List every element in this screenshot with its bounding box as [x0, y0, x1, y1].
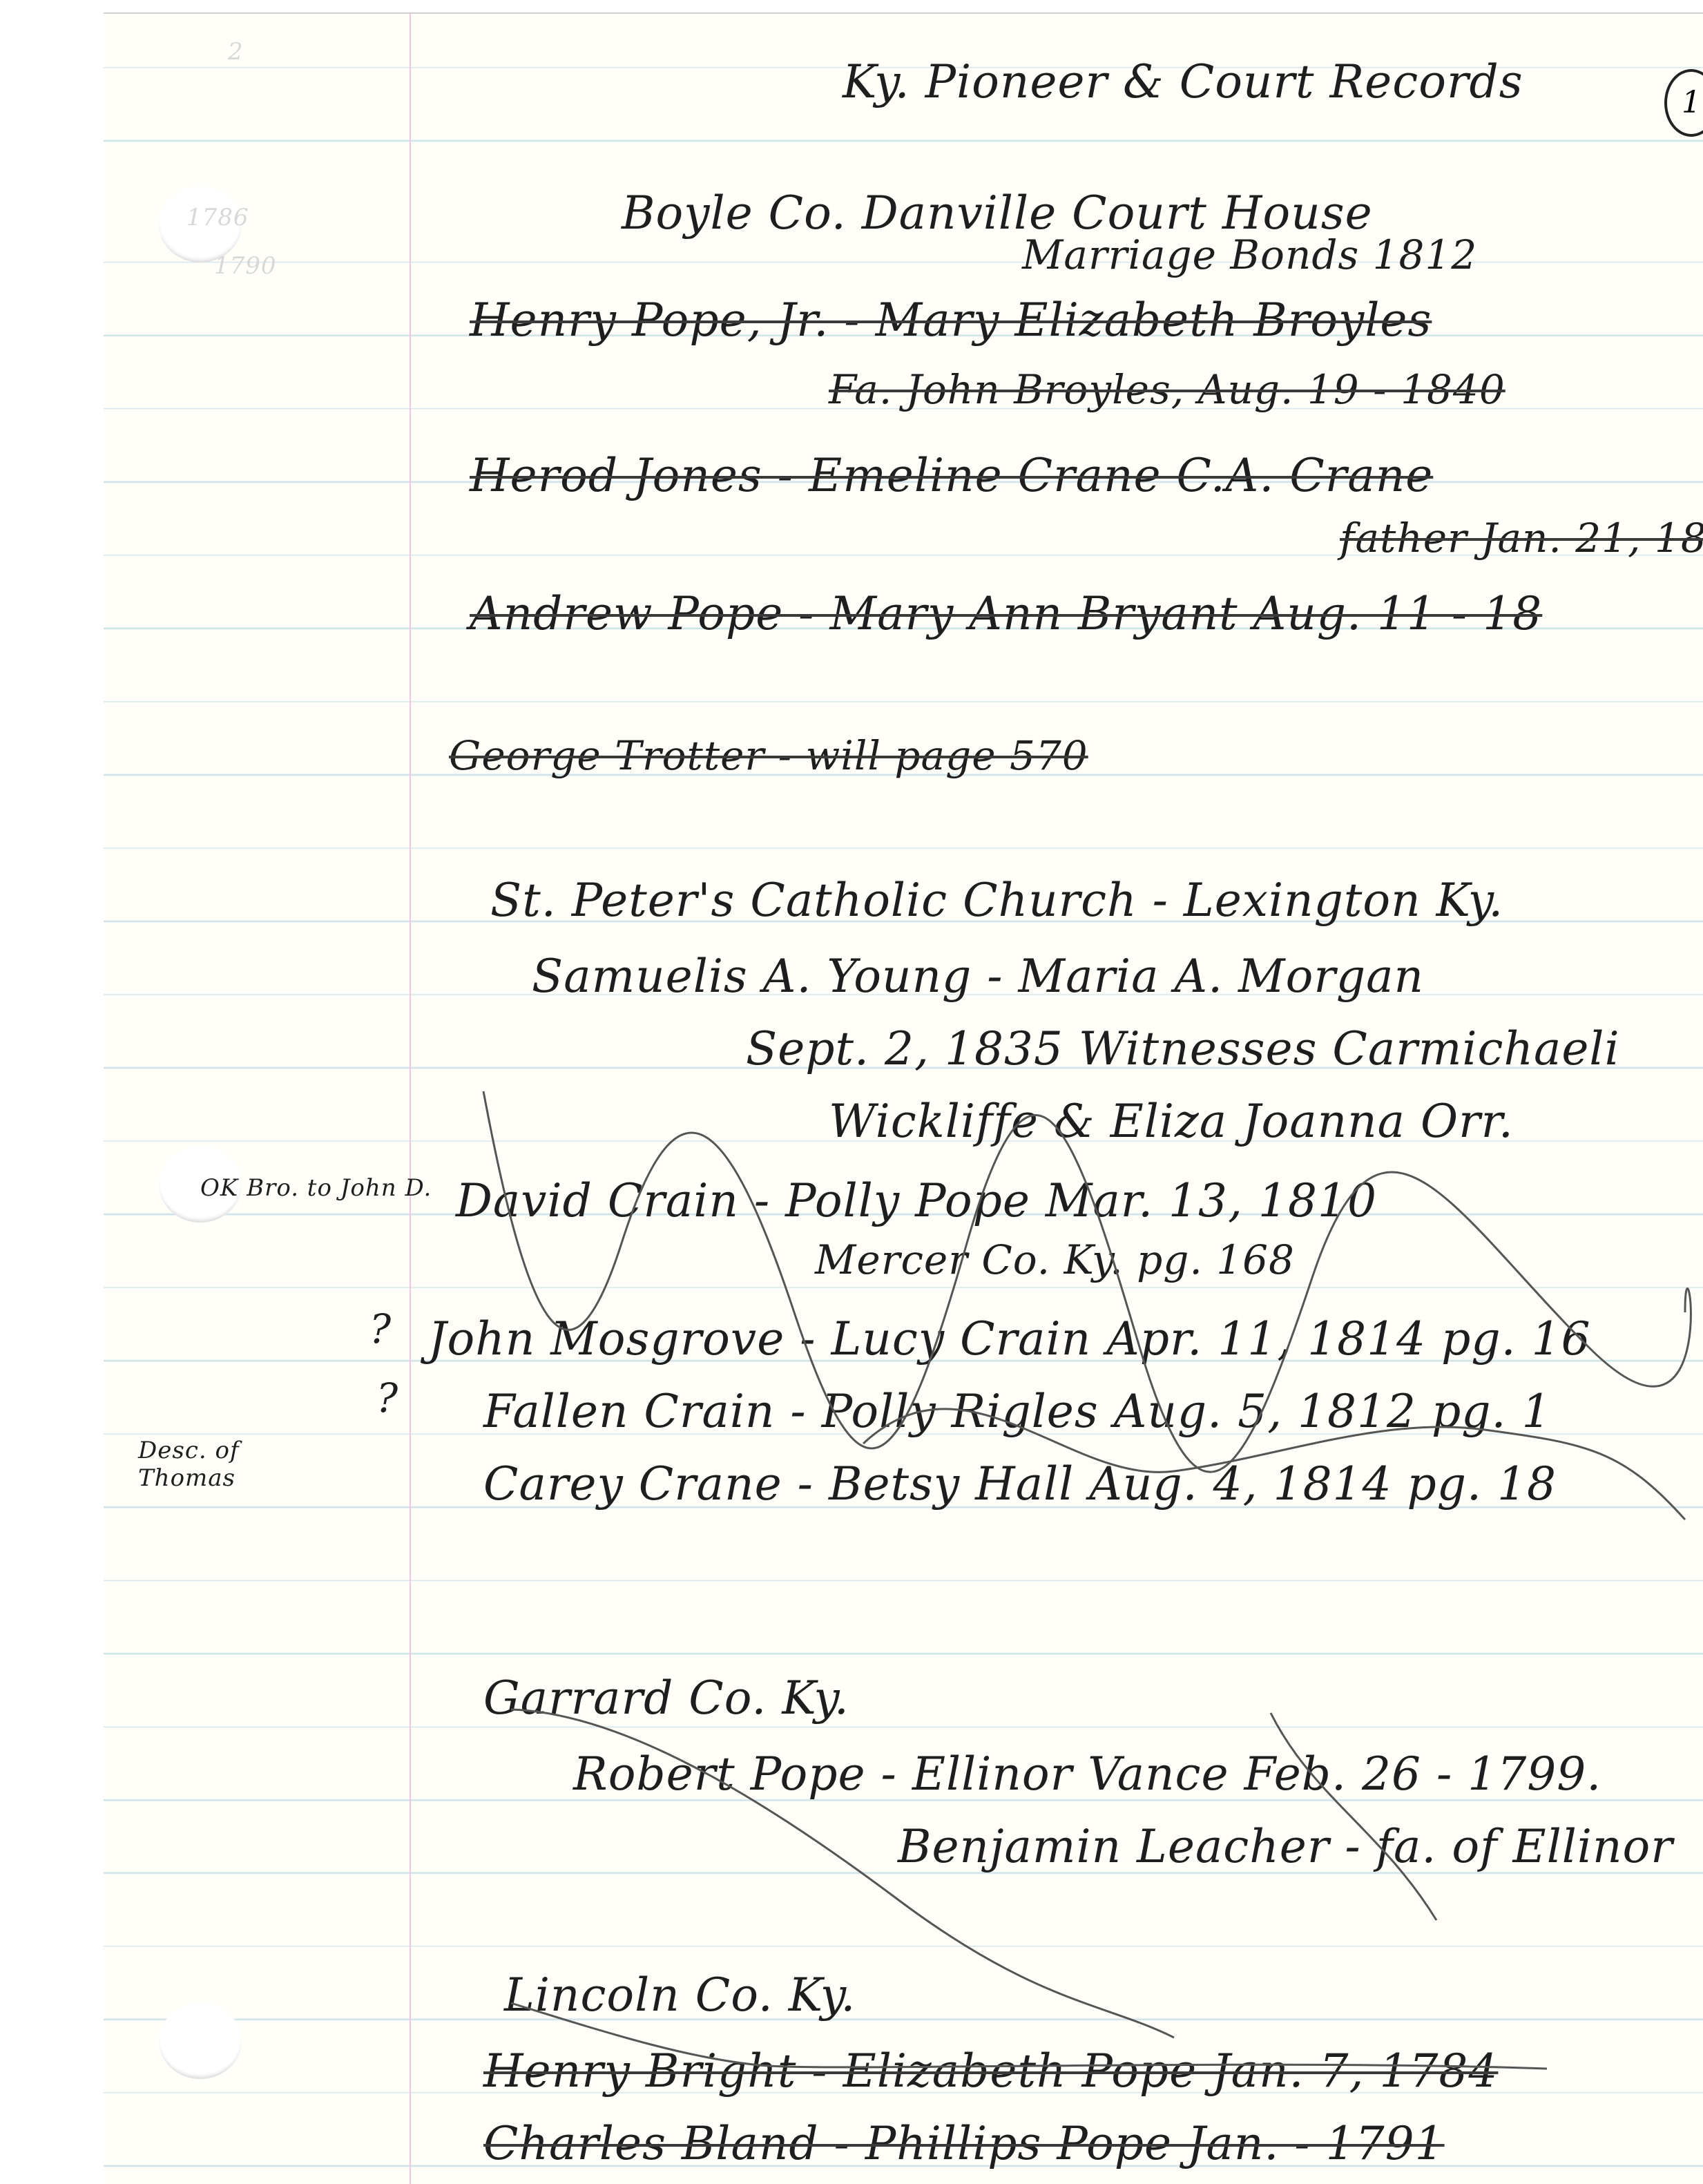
ghost-page-number: 2 [228, 38, 244, 66]
record-entry: Wickliffe & Eliza Joanna Orr. [829, 1095, 1514, 1148]
section-subheading: Marriage Bonds 1812 [1022, 231, 1477, 278]
punch-hole-icon [159, 2003, 242, 2079]
record-entry: father Jan. 21, 18 [1340, 515, 1703, 562]
margin-note: OK Bro. to John D. [200, 1174, 432, 1202]
record-entry: Fa. John Broyles, Aug. 19 - 1840 [829, 366, 1505, 413]
ghost-text: 1790 [214, 252, 277, 280]
section-heading: Garrard Co. Ky. [483, 1671, 849, 1725]
record-entry: Sept. 2, 1835 Witnesses Carmichaeli [746, 1022, 1620, 1075]
record-entry: Andrew Pope - Mary Ann Bryant Aug. 11 - … [470, 587, 1542, 640]
record-entry: David Crain - Polly Pope Mar. 13, 1810 [456, 1174, 1377, 1227]
margin-note: ? [376, 1374, 398, 1421]
record-entry: Carey Crane - Betsy Hall Aug. 4, 1814 pg… [483, 1457, 1557, 1511]
record-entry: John Mosgrove - Lucy Crain Apr. 11, 1814… [428, 1312, 1591, 1366]
record-entry: Henry Bright - Elizabeth Pope Jan. 7, 17… [483, 2044, 1498, 2098]
record-entry: George Trotter - will page 570 [449, 732, 1088, 779]
margin-note: ? [369, 1305, 392, 1352]
section-heading: Lincoln Co. Ky. [504, 1969, 856, 2022]
record-entry: Henry Pope, Jr. - Mary Elizabeth Broyles [470, 294, 1432, 347]
record-entry: Robert Pope - Ellinor Vance Feb. 26 - 17… [573, 1747, 1601, 1801]
record-entry: Herod Jones - Emeline Crane C.A. Crane [470, 449, 1433, 502]
page-title: Ky. Pioneer & Court Records [843, 55, 1523, 108]
record-entry: Fallen Crain - Polly Rigles Aug. 5, 1812… [483, 1385, 1551, 1438]
record-entry: Mercer Co. Ky. pg. 168 [815, 1236, 1295, 1283]
record-entry: Samuelis A. Young - Maria A. Morgan [532, 950, 1424, 1003]
ghost-text: 1786 [186, 204, 249, 231]
record-entry: Benjamin Leacher - fa. of Ellinor [898, 1820, 1673, 1873]
margin-note: Desc. of Thomas [138, 1437, 242, 1492]
record-entry: Charles Bland - Phillips Pope Jan. - 179… [483, 2117, 1445, 2170]
section-heading: St. Peter's Catholic Church - Lexington … [490, 874, 1503, 927]
margin-line [410, 14, 411, 2184]
